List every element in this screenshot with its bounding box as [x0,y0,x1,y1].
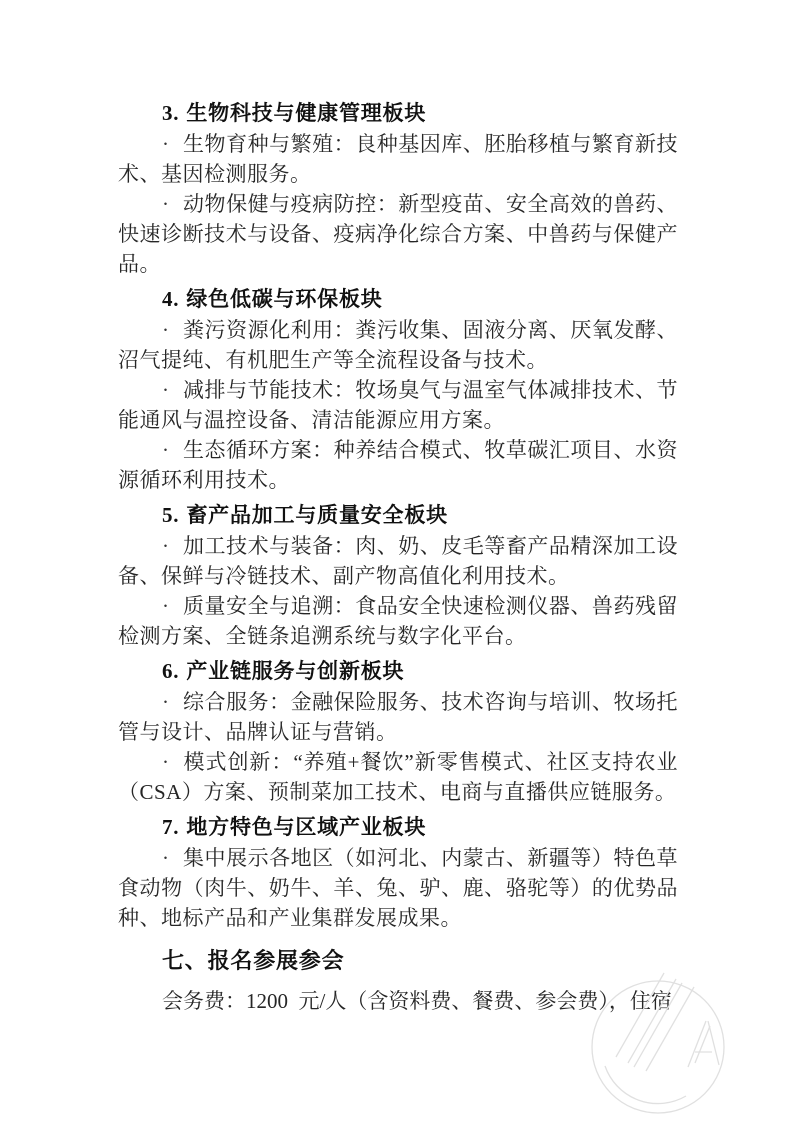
section-title: 地方特色与区域产业板块 [186,816,426,839]
section-heading-4: 4.绿色低碳与环保板块 [118,284,678,315]
paragraph: ·加工技术与装备：肉、奶、皮毛等畜产品精深加工设备、保鲜与冷链技术、副产物高值化… [118,531,678,591]
section-title: 产业链服务与创新板块 [186,660,404,683]
bullet-dot: · [162,843,183,873]
chapter-heading: 七、报名参展参会 [118,946,678,976]
document-page: 3.生物科技与健康管理板块 ·生物育种与繁殖：良种基因库、胚胎移植与繁育新技术、… [0,0,800,1131]
paragraph-text: 质量安全与追溯：食品安全快速检测仪器、兽药残留检测方案、全链条追溯系统与数字化平… [118,594,678,648]
paragraph-text: 加工技术与装备：肉、奶、皮毛等畜产品精深加工设备、保鲜与冷链技术、副产物高值化利… [118,534,678,588]
section-title: 绿色低碳与环保板块 [186,288,382,311]
paragraph-text: 粪污资源化利用：粪污收集、固液分离、厌氧发酵、沼气提纯、有机肥生产等全流程设备与… [118,318,678,372]
paragraph: ·综合服务：金融保险服务、技术咨询与培训、牧场托管与设计、品牌认证与营销。 [118,687,678,747]
paragraph-text: 综合服务：金融保险服务、技术咨询与培训、牧场托管与设计、品牌认证与营销。 [118,690,678,744]
paragraph-text: 减排与节能技术：牧场臭气与温室气体减排技术、节能通风与温控设备、清洁能源应用方案… [118,378,678,432]
bullet-dot: · [162,375,183,405]
section-title: 畜产品加工与质量安全板块 [186,504,448,527]
paragraph: ·集中展示各地区（如河北、内蒙古、新疆等）特色草食动物（肉牛、奶牛、羊、兔、驴、… [118,843,678,933]
section-number: 3. [162,101,179,125]
bullet-dot: · [162,315,183,345]
section-number: 5. [162,503,179,527]
paragraph: ·减排与节能技术：牧场臭气与温室气体减排技术、节能通风与温控设备、清洁能源应用方… [118,375,678,435]
document-body: 3.生物科技与健康管理板块 ·生物育种与繁殖：良种基因库、胚胎移植与繁育新技术、… [118,98,678,1016]
bullet-dot: · [162,531,183,561]
bullet-dot: · [162,591,183,621]
section-heading-5: 5.畜产品加工与质量安全板块 [118,500,678,531]
paragraph-text: 模式创新：“养殖+餐饮”新零售模式、社区支持农业（CSA）方案、预制菜加工技术、… [118,750,678,804]
paragraph: ·质量安全与追溯：食品安全快速检测仪器、兽药残留检测方案、全链条追溯系统与数字化… [118,591,678,651]
paragraph-text: 动物保健与疫病防控：新型疫苗、安全高效的兽药、快速诊断技术与设备、疫病净化综合方… [118,192,678,276]
paragraph-text: 生物育种与繁殖：良种基因库、胚胎移植与繁育新技术、基因检测服务。 [118,132,678,186]
section-heading-3: 3.生物科技与健康管理板块 [118,98,678,129]
fee-paragraph: 会务费：1200 元/人（含资料费、餐费、参会费），住宿 [118,986,696,1016]
section-title: 生物科技与健康管理板块 [186,102,426,125]
paragraph: ·粪污资源化利用：粪污收集、固液分离、厌氧发酵、沼气提纯、有机肥生产等全流程设备… [118,315,678,375]
paragraph-text: 集中展示各地区（如河北、内蒙古、新疆等）特色草食动物（肉牛、奶牛、羊、兔、驴、鹿… [118,846,678,930]
bullet-dot: · [162,129,183,159]
bullet-dot: · [162,687,183,717]
paragraph: ·生物育种与繁殖：良种基因库、胚胎移植与繁育新技术、基因检测服务。 [118,129,678,189]
paragraph-text: 生态循环方案：种养结合模式、牧草碳汇项目、水资源循环利用技术。 [118,438,678,492]
section-number: 4. [162,287,179,311]
section-number: 7. [162,815,179,839]
section-heading-7: 7.地方特色与区域产业板块 [118,812,678,843]
paragraph: ·生态循环方案：种养结合模式、牧草碳汇项目、水资源循环利用技术。 [118,435,678,495]
bullet-dot: · [162,435,183,465]
section-heading-6: 6.产业链服务与创新板块 [118,656,678,687]
bullet-dot: · [162,189,183,219]
section-number: 6. [162,659,179,683]
paragraph: ·模式创新：“养殖+餐饮”新零售模式、社区支持农业（CSA）方案、预制菜加工技术… [118,747,678,807]
bullet-dot: · [162,747,183,777]
paragraph: ·动物保健与疫病防控：新型疫苗、安全高效的兽药、快速诊断技术与设备、疫病净化综合… [118,189,678,279]
